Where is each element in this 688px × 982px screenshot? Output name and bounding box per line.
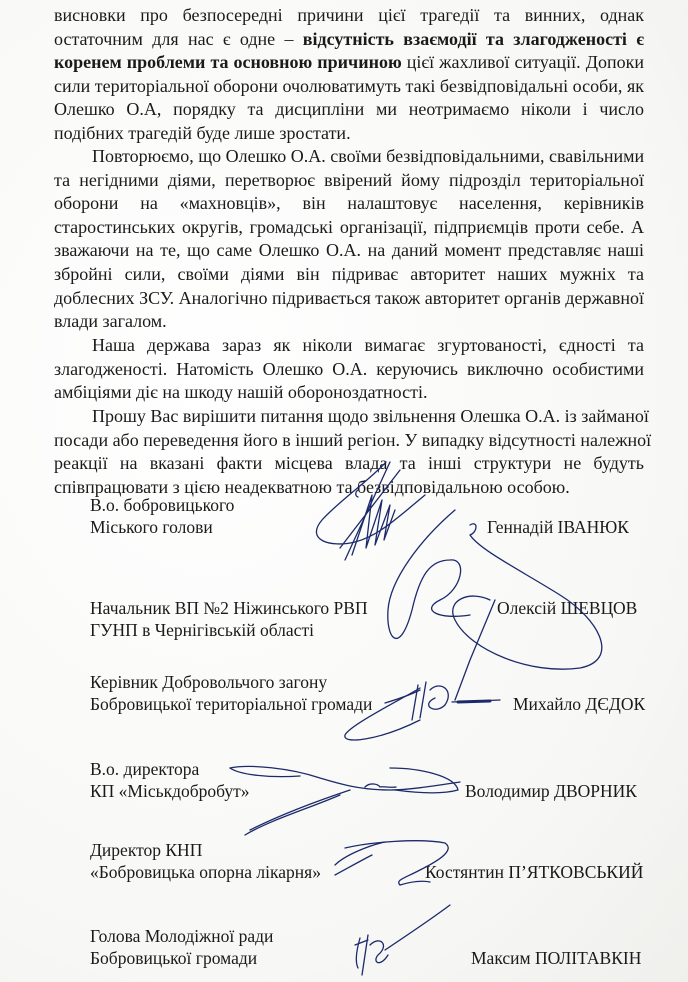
signatory-name: Геннадій ІВАНЮК [487,516,629,538]
text-line: оборони на «махновців», він налаштовує н… [54,192,644,216]
text-line: старостинських округів, громадські орган… [54,216,644,240]
signatory-title: В.о. директора КП «Міськдобробут» [90,758,250,802]
text-line: збройні сили, своїми діями він підриває … [54,263,644,287]
signatory-title: Керівник Добровольчого загону Бобровицьк… [90,671,372,715]
text-line: та негідними діями, перетворює ввірений … [54,169,644,193]
text-line: Наша держава зараз як ніколи вимагає згу… [54,334,644,358]
signature-dvornyk-icon [230,766,460,835]
text-line: Прошу Вас вирішити питання щодо звільнен… [54,405,644,429]
signatory-name: Максим ПОЛІТАВКІН [471,947,641,969]
signatory-title: Начальник ВП №2 Ніжинського РВП ГУНП в Ч… [90,597,368,641]
text-line: висновки про безпосередні причини цієї т… [54,4,644,28]
text-line: доблесних ЗСУ. Аналогічно підривається т… [54,287,644,311]
paragraph-3: Наша держава зараз як ніколи вимагає згу… [54,334,644,405]
signatory-title: Голова Молодіжної ради Бобровицької гром… [90,925,273,969]
signatory-name: Олексій ШЕВЦОВ [497,597,637,619]
text-line: зважаючи на те, що саме Олешко О.А. на д… [54,239,644,263]
text-line: реакції на вказані факти місцева влада т… [54,452,644,476]
signatory-name: Михайло ДЄДОК [513,693,645,715]
text-line: сили територіальної оборони очолюватимут… [54,75,644,99]
document-page: висновки про безпосередні причини цієї т… [0,0,688,982]
text-line: посади або переведення його в інший регі… [54,429,644,453]
paragraph-2: Повторюємо, що Олешко О.А. своїми безвід… [54,145,644,334]
signature-politavkin-icon [355,905,450,975]
text-line: Повторюємо, що Олешко О.А. своїми безвід… [54,145,644,169]
text-line: коренем проблеми та основною причиною ці… [54,51,644,75]
signatory-name: Володимир ДВОРНИК [465,780,637,802]
signatory-title: В.о. бобровицького Міського голови [90,494,234,538]
text-line: амбіціями діє на шкоду нашій обороноздат… [54,381,644,405]
signatory-title: Директор КНП «Бобровицька опорна лікарня… [90,839,321,883]
text-line: подібних трагедій буде лише зростати. [54,122,644,146]
signatory-name: Костянтин П’ЯТКОВСЬКИЙ [425,861,643,883]
text-line: Олешко О.А, порядку та дисципліни ми нео… [54,98,644,122]
text-line: злагодженості. Натомість Олешко О.А. кер… [54,358,644,382]
text-line: остаточним для нас є одне – відсутність … [54,28,644,52]
paragraph-1: висновки про безпосередні причини цієї т… [54,4,644,146]
text-line: влади загалом. [54,310,644,334]
paragraph-4: Прошу Вас вирішити питання щодо звільнен… [54,405,644,499]
